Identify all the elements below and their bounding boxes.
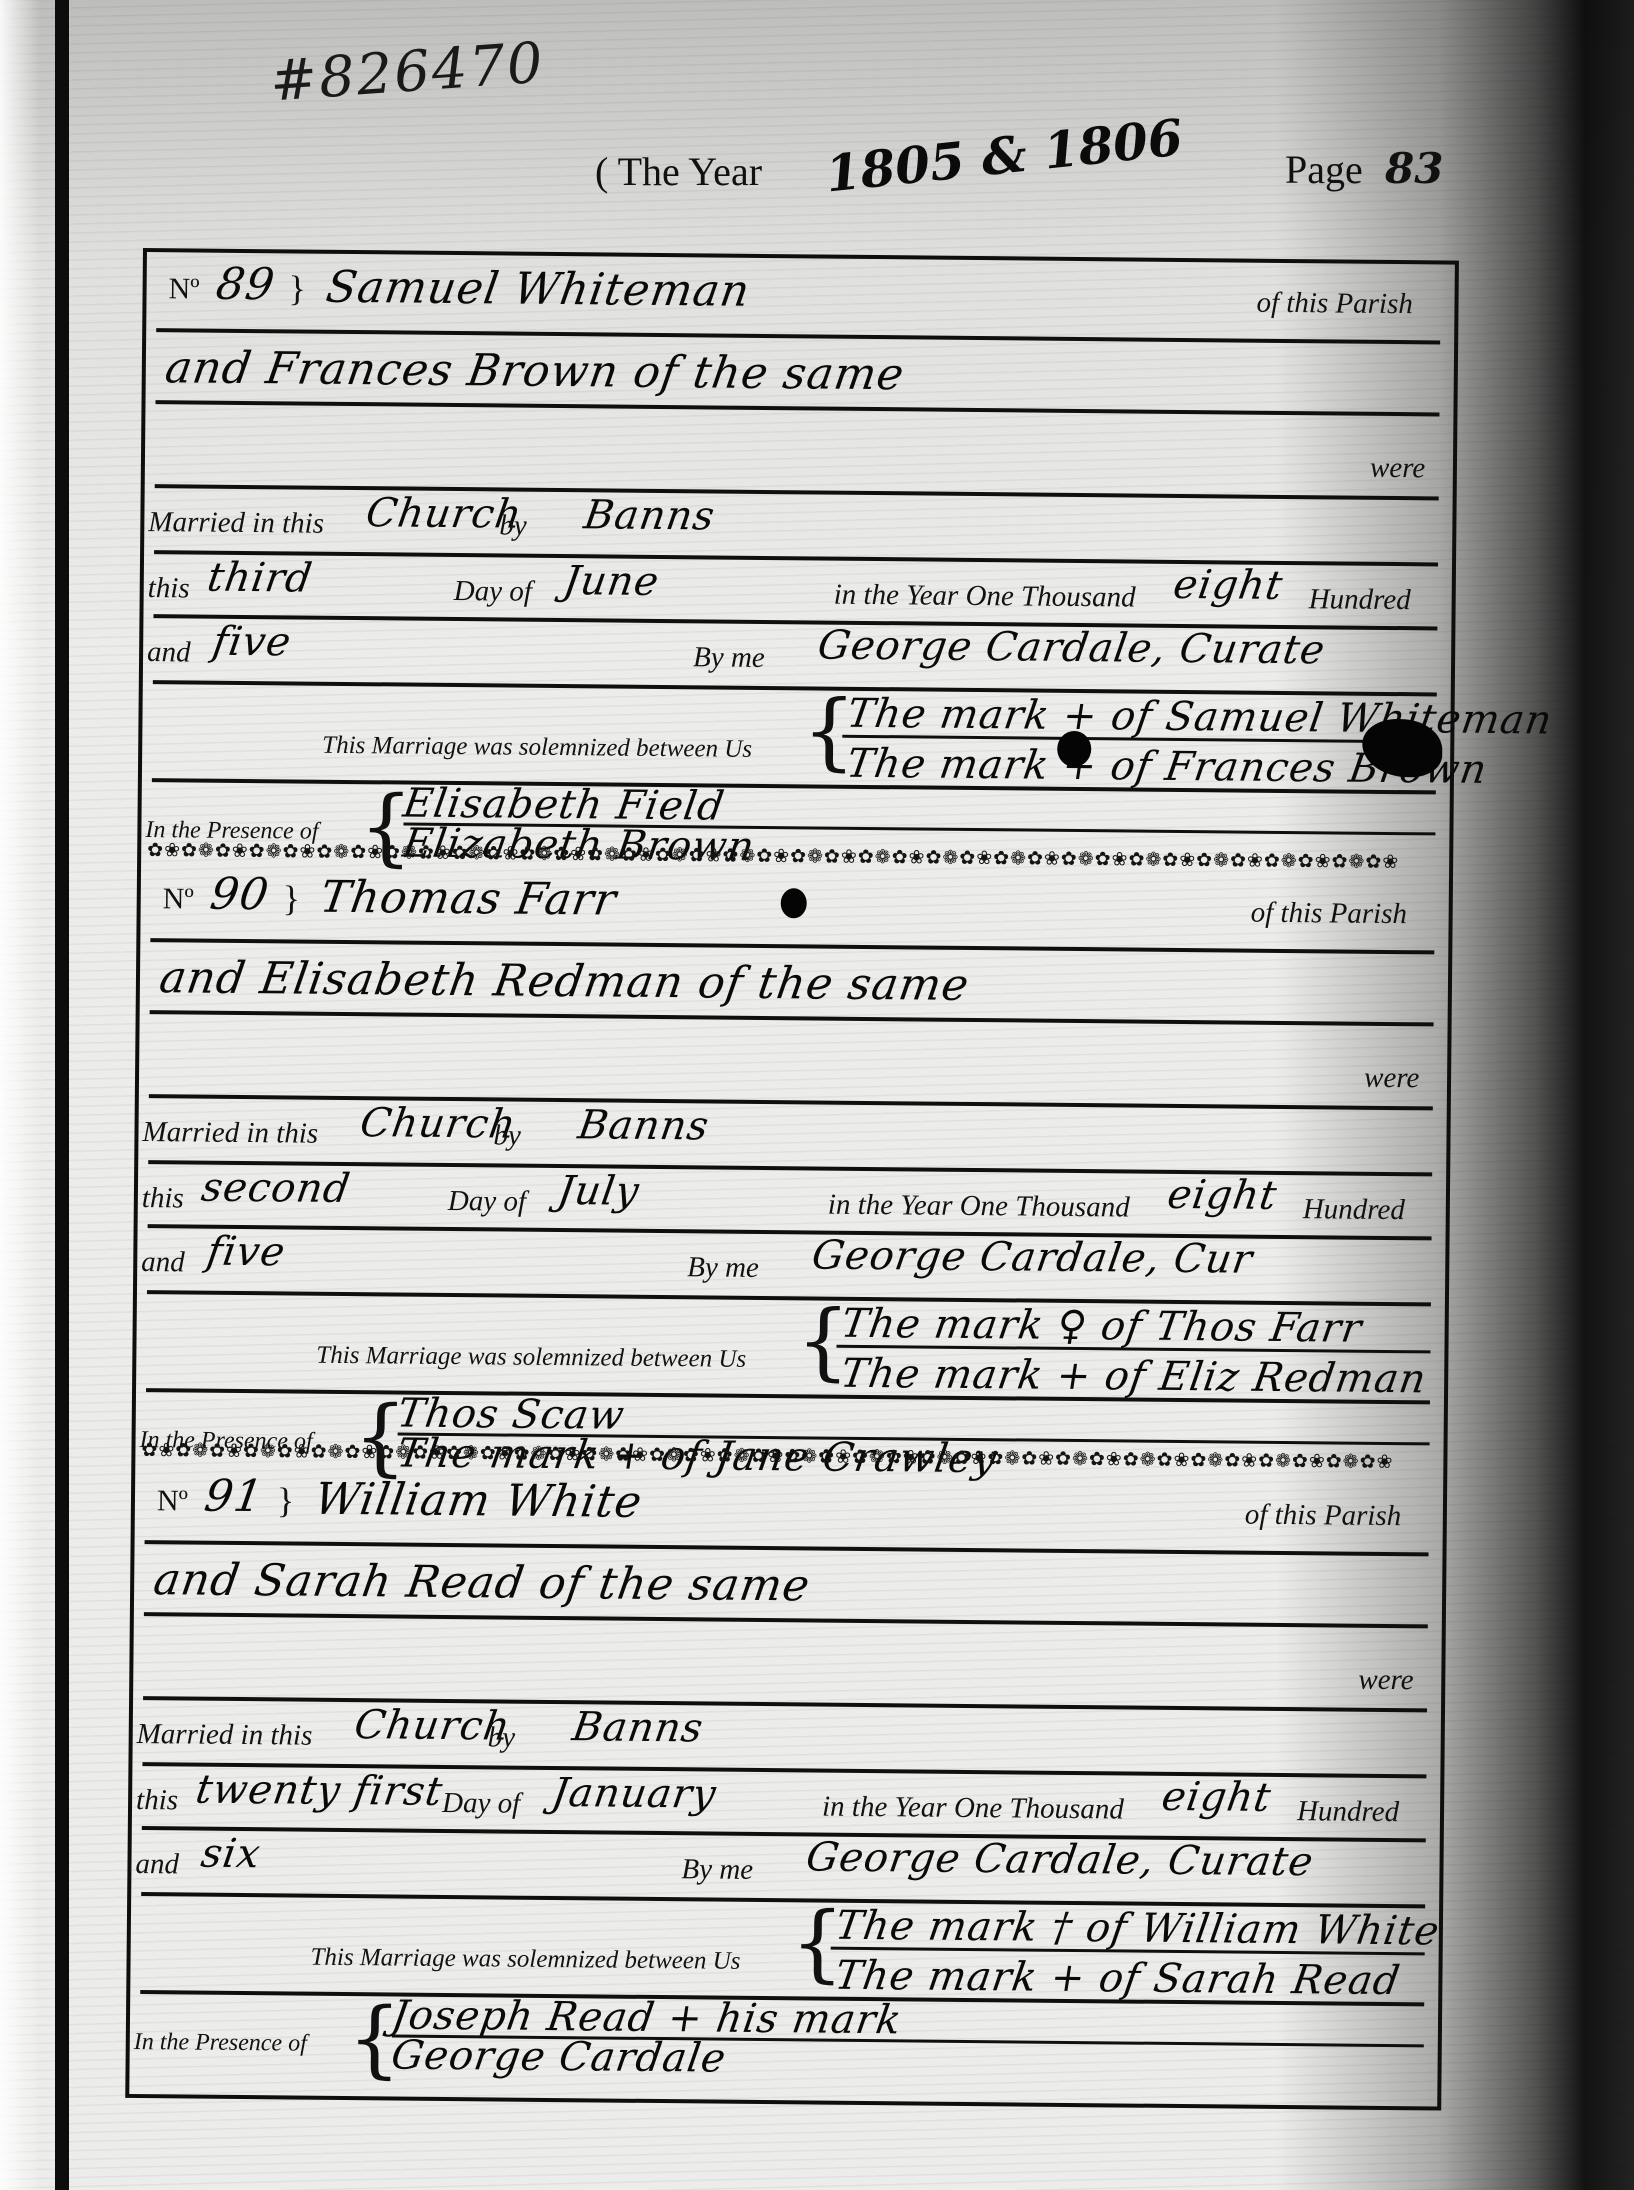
page-header: ( The Year 1805 & 1806 Page 83 — [595, 140, 1455, 200]
method: Banns — [575, 1102, 712, 1149]
by-me-label: By me — [687, 1251, 759, 1285]
form-rule — [144, 1612, 1428, 1628]
day-of-label: Day of — [448, 1185, 526, 1219]
of-this-parish-label: of this Parish — [1245, 1499, 1402, 1533]
year-remainder: six — [198, 1831, 264, 1878]
by-me-label: By me — [693, 641, 765, 675]
page-number: 83 — [1385, 144, 1443, 193]
groom-name: Samuel Whiteman — [323, 262, 754, 317]
form-rule — [150, 938, 1434, 954]
hundred-label: Hundred — [1309, 583, 1411, 617]
married-in-this-label: Married in this — [142, 1116, 318, 1151]
were-label: were — [1358, 1664, 1414, 1698]
married-in-this-label: Married in this — [148, 506, 324, 541]
bride-line: and Frances Brown of the same — [162, 342, 908, 400]
register-form-box: Nº 89 } Samuel Whiteman of this Parish a… — [125, 248, 1459, 2111]
form-rule — [149, 1094, 1433, 1110]
officiant: George Cardale, Cur — [809, 1233, 1256, 1283]
this-label: this — [136, 1784, 178, 1817]
and-label: and — [147, 636, 191, 669]
officiant: George Cardale, Curate — [803, 1834, 1317, 1885]
form-rule — [156, 328, 1440, 344]
scan-left-edge — [0, 0, 40, 2190]
year-century: eight — [1159, 1774, 1275, 1821]
form-rule — [143, 1696, 1427, 1712]
ink-blot — [1057, 731, 1091, 767]
in-the-year-label: in the Year One Thousand — [834, 579, 1136, 615]
form-rule — [155, 484, 1439, 500]
binding-margin-bar — [55, 0, 69, 2190]
in-the-year-label: in the Year One Thousand — [828, 1189, 1130, 1225]
presence-label: In the Presence of — [134, 2029, 307, 2058]
entry-number-label: Nº — [168, 272, 199, 306]
year-remainder: five — [204, 1229, 289, 1276]
and-label: and — [135, 1848, 179, 1881]
officiant: George Cardale, Curate — [815, 623, 1329, 674]
entry-number: 89 — [213, 259, 279, 310]
groom-name: Thomas Farr — [317, 872, 620, 926]
day: third — [204, 555, 315, 602]
month: June — [560, 558, 662, 605]
in-the-year-label: in the Year One Thousand — [822, 1791, 1124, 1827]
this-label: this — [142, 1182, 184, 1215]
day: second — [199, 1165, 354, 1212]
year-label: ( The Year — [595, 148, 762, 195]
form-rule — [150, 1010, 1434, 1026]
month: January — [549, 1770, 720, 1818]
signature-2: The mark + of Sarah Read — [832, 1953, 1403, 2004]
brace-small: } — [277, 1479, 295, 1521]
form-rule — [156, 400, 1440, 416]
bride-line: and Sarah Read of the same — [150, 1554, 813, 1611]
signature-1: The mark ♀ of Thos Farr — [838, 1301, 1365, 1352]
of-this-parish-label: of this Parish — [1256, 287, 1413, 321]
by-label: by — [499, 509, 527, 542]
form-rule — [145, 1540, 1429, 1556]
year-century: eight — [1170, 562, 1286, 609]
year-remainder: five — [210, 619, 295, 666]
solemnized-label: This Marriage was solemnized between Us — [316, 1342, 746, 1374]
solemnized-label: This Marriage was solemnized between Us — [310, 1944, 740, 1976]
entry-number-label: Nº — [163, 882, 194, 916]
day: twenty first — [193, 1767, 446, 1815]
entry-number: 90 — [207, 869, 273, 920]
day-of-label: Day of — [454, 575, 532, 609]
were-label: were — [1364, 1062, 1420, 1096]
hundred-label: Hundred — [1297, 1795, 1399, 1829]
method: Banns — [569, 1704, 706, 1751]
were-label: were — [1370, 452, 1426, 486]
hundred-label: Hundred — [1303, 1193, 1405, 1227]
by-label: by — [493, 1119, 521, 1152]
entry-number: 91 — [201, 1471, 267, 1522]
day-of-label: Day of — [442, 1787, 520, 1821]
married-in-this-label: Married in this — [137, 1718, 313, 1753]
by-label: by — [488, 1721, 516, 1754]
method: Banns — [581, 492, 718, 539]
by-me-label: By me — [681, 1853, 753, 1887]
ink-blot — [781, 888, 807, 918]
solemnized-label: This Marriage was solemnized between Us — [322, 732, 752, 764]
brace-small: } — [283, 877, 301, 919]
bride-line: and Elisabeth Redman of the same — [156, 952, 973, 1011]
brace-small: } — [288, 267, 306, 309]
and-label: and — [141, 1246, 185, 1279]
page-label: Page — [1285, 146, 1363, 193]
witness-2: George Cardale — [388, 2033, 729, 2082]
this-label: this — [148, 572, 190, 605]
month: July — [555, 1168, 643, 1215]
ornamental-divider: ✿❀✿❁✿❀✿❁✿❀✿❁✿❀✿❁✿❀✿❁✿❀✿❁✿❀✿❁✿❀✿❁✿❀✿❁✿❀✿❁… — [147, 840, 1443, 874]
year-century: eight — [1165, 1172, 1281, 1219]
groom-name: William White — [311, 1474, 646, 1528]
of-this-parish-label: of this Parish — [1251, 897, 1408, 931]
entry-number-label: Nº — [157, 1484, 188, 1518]
